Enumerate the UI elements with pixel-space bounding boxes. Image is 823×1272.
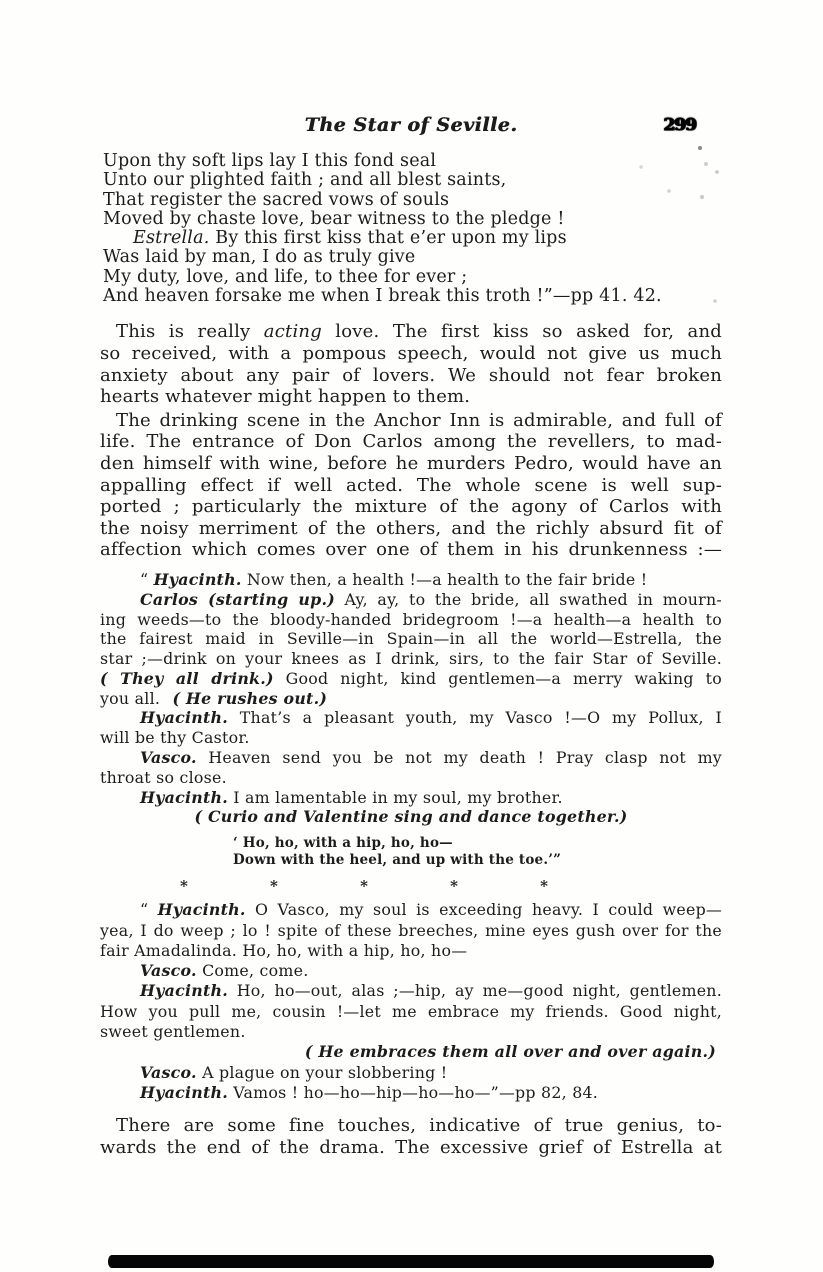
speaker-name: Carlos (starting up.)	[140, 590, 335, 609]
speaker-name: Vasco.	[140, 748, 197, 767]
dialogue-line: will be thy Castor.	[100, 728, 722, 748]
text-line: ported ; particularly the mixture of the…	[100, 496, 722, 518]
verse-text: By this first kiss that e’er upon my lip…	[210, 228, 567, 248]
dialogue-line: Hyacinth. Vamos ! ho—ho—hip—ho—ho—”—pp 8…	[100, 1083, 722, 1103]
dialogue-text: Good night, kind gentlemen—a merry wakin…	[274, 669, 722, 688]
dialogue-extract-1: “ Hyacinth. Now then, a health !—a healt…	[100, 570, 722, 827]
dialogue-text: Ho, ho—out, alas ;—hip, ay me—good night…	[228, 981, 722, 1000]
dialogue-text: I am lamentable in my soul, my brother.	[228, 788, 563, 807]
open-quote: “	[140, 900, 158, 919]
dialogue-line: Hyacinth. I am lamentable in my soul, my…	[100, 788, 722, 808]
verse-line: My duty, love, and life, to thee for eve…	[103, 268, 722, 287]
asterisk: *	[540, 877, 548, 894]
text-line: There are some fine touches, indicative …	[100, 1115, 722, 1137]
verse-line: Was laid by man, I do as truly give	[103, 248, 722, 267]
dialogue-line: Hyacinth. That’s a pleasant youth, my Va…	[100, 708, 722, 728]
speaker-name: Vasco.	[140, 961, 197, 980]
dialogue-line: sweet gentlemen.	[100, 1022, 722, 1042]
dialogue-line: “ Hyacinth. Now then, a health !—a healt…	[100, 570, 722, 590]
dialogue-text: Now then, a health !—a health to the fai…	[242, 570, 648, 589]
text-segment: This is really	[116, 321, 264, 342]
speaker-name: Hyacinth.	[154, 570, 242, 589]
dialogue-text: Ay, ay, to the bride, all swathed in mou…	[335, 590, 722, 609]
asterisk: *	[360, 877, 368, 894]
dialogue-line: fair Amadalinda. Ho, ho, with a hip, ho,…	[100, 941, 722, 961]
verse-line: Upon thy soft lips lay I this fond seal	[103, 152, 722, 171]
commentary-paragraph-2: The drinking scene in the Anchor Inn is …	[100, 410, 722, 561]
text-line: den himself with wine, before he murders…	[100, 453, 722, 475]
dialogue-line: Carlos (starting up.) Ay, ay, to the bri…	[100, 590, 722, 610]
speaker-name: Vasco.	[140, 1063, 197, 1082]
text-line: anxiety about any pair of lovers. We sho…	[100, 365, 722, 387]
text-line: wards the end of the drama. The excessiv…	[100, 1137, 722, 1159]
dialogue-text: That’s a pleasant youth, my Vasco !—O my…	[228, 708, 722, 727]
dialogue-text: you all.	[100, 689, 165, 708]
dialogue-line: Vasco. A plague on your slobbering !	[100, 1063, 722, 1083]
section-separator: * * * * *	[180, 877, 548, 894]
scan-speckle-artifacts	[0, 0, 2, 2]
song-line: ‘ Ho, ho, with a hip, ho, ho—	[233, 835, 722, 852]
song-line: Down with the heel, and up with the toe.…	[233, 852, 722, 869]
text-line: life. The entrance of Don Carlos among t…	[100, 431, 722, 453]
stage-direction: ( They all drink.)	[100, 669, 274, 688]
dialogue-line: ( They all drink.) Good night, kind gent…	[100, 669, 722, 689]
dialogue-line: How you pull me, cousin !—let me embrace…	[100, 1002, 722, 1022]
text-segment: love. The first kiss so asked for, and	[322, 321, 722, 342]
dialogue-line: ing weeds—to the bloody-handed bridegroo…	[100, 610, 722, 630]
dialogue-line: Vasco. Come, come.	[100, 961, 722, 981]
page-number: 299	[664, 115, 697, 135]
dialogue-line: the fairest maid in Seville—in Spain—in …	[100, 629, 722, 649]
dialogue-text: Heaven send you be not my death ! Pray c…	[197, 748, 722, 767]
verse-line: And heaven forsake me when I break this …	[103, 287, 722, 306]
dialogue-text: Come, come.	[197, 961, 309, 980]
text-line: appalling effect if well acted. The whol…	[100, 475, 722, 497]
dialogue-line: you all. ( He rushes out.)	[100, 689, 722, 709]
speaker-name: Hyacinth.	[140, 981, 228, 1000]
dialogue-extract-2: “ Hyacinth. O Vasco, my soul is exceedin…	[100, 900, 722, 1103]
stage-direction: ( Curio and Valentine sing and dance tog…	[100, 807, 722, 827]
book-page: The Star of Seville. 299 Upon thy soft l…	[0, 0, 823, 1272]
dialogue-line: Hyacinth. Ho, ho—out, alas ;—hip, ay me—…	[100, 981, 722, 1001]
text-line: the noisy merriment of the others, and t…	[100, 518, 722, 540]
stage-direction: ( He rushes out.)	[172, 689, 327, 708]
verse-line: Moved by chaste love, bear witness to th…	[103, 210, 722, 229]
asterisk: *	[450, 877, 458, 894]
speaker-name: Hyacinth.	[158, 900, 246, 919]
dialogue-text: Vamos ! ho—ho—hip—ho—ho—”—pp 82, 84.	[228, 1083, 598, 1102]
text-line: affection which comes over one of them i…	[100, 539, 722, 561]
song-quotation: ‘ Ho, ho, with a hip, ho, ho— Down with …	[100, 835, 722, 869]
verse-line: Unto our plighted faith ; and all blest …	[103, 171, 722, 190]
speaker-name: Estrella.	[133, 228, 210, 248]
running-head: The Star of Seville. 299	[100, 114, 722, 138]
open-quote: “	[140, 570, 154, 589]
asterisk: *	[180, 877, 188, 894]
speaker-name: Hyacinth.	[140, 708, 228, 727]
emphasized-word: acting	[264, 321, 322, 342]
asterisk: *	[270, 877, 278, 894]
dialogue-line: Vasco. Heaven send you be not my death !…	[100, 748, 722, 768]
dialogue-text: A plague on your slobbering !	[197, 1063, 448, 1082]
text-block: The Star of Seville. 299 Upon thy soft l…	[100, 114, 722, 1158]
speaker-name: Hyacinth.	[140, 788, 228, 807]
speaker-name: Hyacinth.	[140, 1083, 228, 1102]
commentary-paragraph-3: There are some fine touches, indicative …	[100, 1115, 722, 1158]
text-line: This is really acting love. The first ki…	[100, 321, 722, 343]
verse-line: That register the sacred vows of souls	[103, 191, 722, 210]
commentary-paragraph-1: This is really acting love. The first ki…	[100, 321, 722, 407]
dialogue-line: throat so close.	[100, 768, 722, 788]
dialogue-text: O Vasco, my soul is exceeding heavy. I c…	[246, 900, 722, 919]
running-title: The Star of Seville.	[100, 114, 722, 136]
text-line: The drinking scene in the Anchor Inn is …	[100, 410, 722, 432]
verse-quotation: Upon thy soft lips lay I this fond seal …	[100, 152, 722, 306]
verse-line: Estrella. By this first kiss that e’er u…	[103, 229, 722, 248]
dialogue-line: star ;—drink on your knees as I drink, s…	[100, 649, 722, 669]
dialogue-line: yea, I do weep ; lo ! spite of these bre…	[100, 921, 722, 941]
stage-direction: ( He embraces them all over and over aga…	[100, 1042, 722, 1062]
text-line: so received, with a pompous speech, woul…	[100, 343, 722, 365]
dialogue-line: “ Hyacinth. O Vasco, my soul is exceedin…	[100, 900, 722, 920]
text-line: hearts whatever might happen to them.	[100, 386, 722, 408]
scan-artifact-bar	[108, 1255, 714, 1268]
